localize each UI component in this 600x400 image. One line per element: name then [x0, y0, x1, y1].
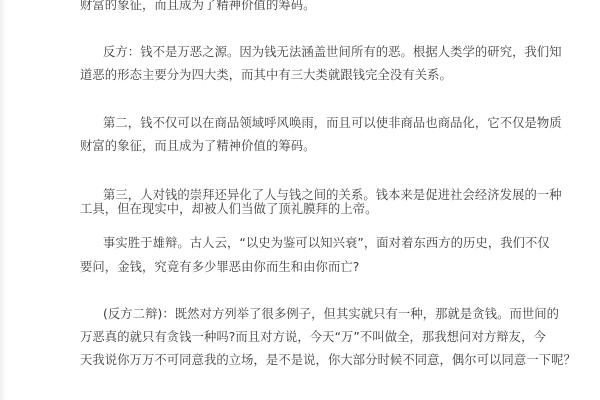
paragraph-line: 道恶的形态主要分为四大类，而其中有三大类就跟钱完全没有关系。: [80, 67, 452, 83]
paragraph-line: 工具，但在现实中，却被人们当做了顶礼膜拜的上帝。: [80, 201, 378, 217]
paragraph-line: 要问，金钱，究竟有多少罪恶由你而生和由你而亡?: [80, 259, 359, 275]
paragraph-line: 事实胜于雄辩。古人云，“以史为鉴可以知兴衰”，面对着东西方的历史，我们不仅: [103, 235, 550, 251]
page-edge-shadow: [0, 0, 6, 400]
paragraph-line: 万恶真的就只有贪钱一种吗?而且对方说，今天“万”不叫做全，那我想问对方辩友，今: [80, 329, 546, 345]
paragraph-line: 第二，钱不仅可以在商品领域呼风唤雨，而且可以使非商品也商品化，它不仅是物质: [103, 115, 562, 131]
paragraph-line: 财富的象征，而且成为了精神价值的筹码。: [80, 0, 316, 13]
paragraph-line: 反方：钱不是万恶之源。因为钱无法涵盖世间所有的恶。根据人类学的研究，我们知: [103, 44, 562, 60]
paragraph-line: 财富的象征，而且成为了精神价值的筹码。: [80, 138, 316, 154]
paragraph-line: 天我说你万万不可同意我的立场，是不是说，你大部分时候不同意，偶尔可以同意一下呢？: [80, 352, 576, 368]
paragraph-line: (反方二辩)：既然对方列举了很多例子，但其实就只有一种，那就是贪钱。而世间的: [103, 306, 559, 322]
